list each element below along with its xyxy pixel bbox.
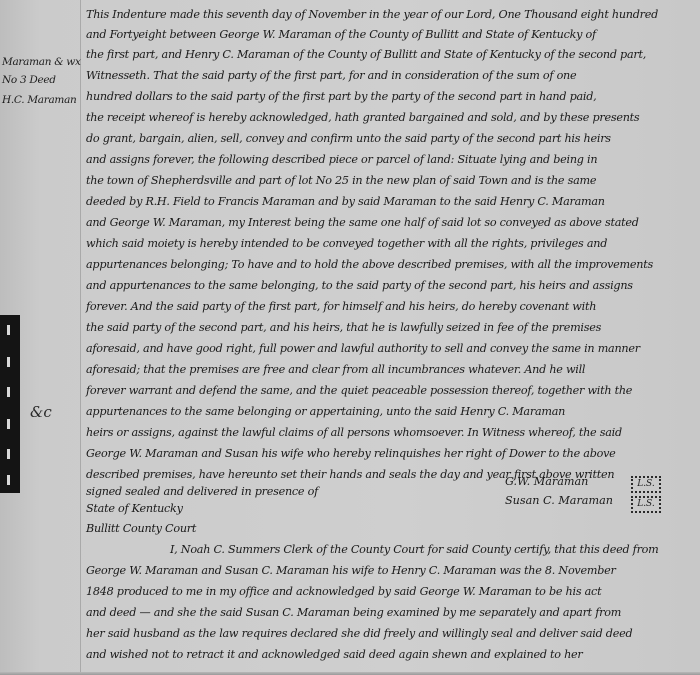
deed-line: aforesaid, and have good right, full pow… bbox=[86, 342, 640, 355]
deed-line: which said moiety is hereby intended to … bbox=[86, 237, 607, 250]
film-perforation bbox=[7, 419, 10, 429]
deed-line: hundred dollars to the said party of the… bbox=[86, 90, 596, 103]
deed-line: appurtenances to the same belonging or a… bbox=[86, 405, 565, 418]
deed-line: the first part, and Henry C. Maraman of … bbox=[86, 48, 646, 61]
deed-line: George W. Maraman and Susan his wife who… bbox=[86, 447, 616, 460]
deed-heading-state: State of Kentucky bbox=[86, 502, 183, 515]
deed-line: Witnesseth. That the said party of the f… bbox=[86, 69, 576, 82]
margin-rule bbox=[80, 0, 81, 675]
margin-note-line: Maraman & wx bbox=[2, 56, 80, 68]
film-perforation bbox=[7, 325, 10, 335]
deed-line: aforesaid; that the premises are free an… bbox=[86, 363, 585, 376]
deed-line: the receipt whereof is hereby acknowledg… bbox=[86, 111, 639, 124]
film-perforation bbox=[7, 475, 10, 485]
deed-line: her said husband as the law requires dec… bbox=[86, 627, 632, 640]
film-perforation bbox=[7, 357, 10, 367]
seal-box-icon: L.S. bbox=[631, 476, 661, 493]
film-perforation bbox=[7, 449, 10, 459]
deed-line: I, Noah C. Summers Clerk of the County C… bbox=[170, 543, 659, 556]
deed-line: This Indenture made this seventh day of … bbox=[86, 8, 658, 21]
deed-line: do grant, bargain, alien, sell, convey a… bbox=[86, 132, 611, 145]
deed-line: and deed — and she the said Susan C. Mar… bbox=[86, 606, 621, 619]
deed-line: the town of Shepherdsville and part of l… bbox=[86, 174, 596, 187]
deed-line: and appurtenances to the same belonging,… bbox=[86, 279, 633, 292]
margin-note-line: H.C. Maraman bbox=[2, 94, 80, 106]
margin-mark: &c bbox=[30, 403, 52, 421]
deed-line: and assigns forever, the following descr… bbox=[86, 153, 597, 166]
deed-heading-county: Bullitt County Court bbox=[86, 522, 196, 535]
deed-line: and George W. Maraman, my Interest being… bbox=[86, 216, 639, 229]
signature-susan: Susan C. Maraman bbox=[505, 494, 613, 507]
seal-box-icon: L.S. bbox=[631, 496, 661, 513]
film-perforation bbox=[7, 387, 10, 397]
deed-line: appurtenances belonging; To have and to … bbox=[86, 258, 653, 271]
deed-line: forever warrant and defend the same, and… bbox=[86, 384, 632, 397]
signature-george: G.W. Maraman bbox=[505, 475, 588, 488]
deed-line: George W. Maraman and Susan C. Maraman h… bbox=[86, 564, 616, 577]
film-strip-edge bbox=[0, 315, 20, 493]
deed-line: and Fortyeight between George W. Maraman… bbox=[86, 28, 596, 41]
deed-line: deeded by R.H. Field to Francis Maraman … bbox=[86, 195, 605, 208]
margin-note-line: No 3 Deed bbox=[2, 74, 80, 86]
deed-line: 1848 produced to me in my office and ack… bbox=[86, 585, 601, 598]
deed-line: signed sealed and delivered in presence … bbox=[86, 485, 318, 498]
deed-line: and wished not to retract it and acknowl… bbox=[86, 648, 583, 661]
deed-line: the said party of the second part, and h… bbox=[86, 321, 601, 334]
deed-line: heirs or assigns, against the lawful cla… bbox=[86, 426, 622, 439]
deed-line: forever. And the said party of the first… bbox=[86, 300, 596, 313]
deed-page-scan: Maraman & wx No 3 Deed H.C. Maraman &c T… bbox=[0, 0, 700, 675]
